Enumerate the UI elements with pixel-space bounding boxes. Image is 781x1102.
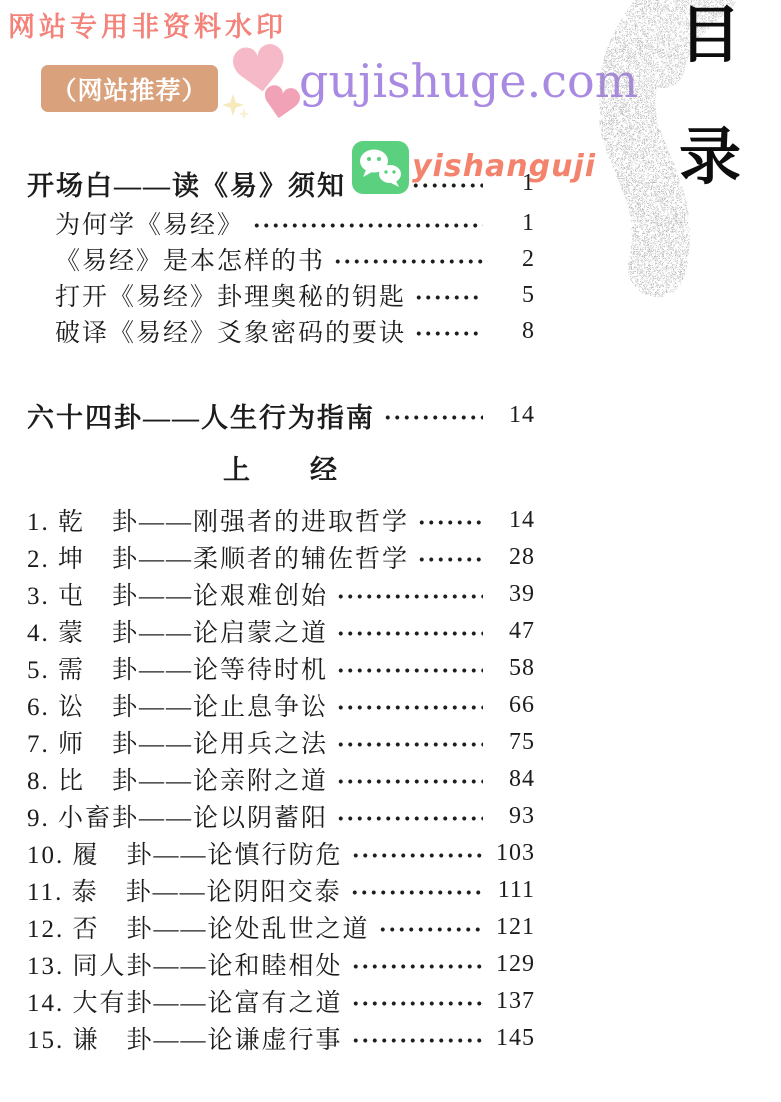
toc-row: 6. 讼 卦——论止息争讼 66 — [27, 690, 535, 720]
dot-leader — [336, 667, 483, 674]
dot-leader — [351, 963, 483, 970]
sparkle-icon — [222, 94, 250, 120]
dot-leader — [417, 556, 483, 563]
dot-leader — [336, 815, 483, 822]
page-number: 84 — [491, 766, 535, 793]
toc-row-label: 8. 比 卦——论亲附之道 — [27, 761, 328, 797]
toc-row-label: 破译《易经》爻象密码的要诀 — [55, 313, 406, 349]
wechat-icon — [352, 141, 409, 194]
toc-row-label: 4. 蒙 卦——论启蒙之道 — [27, 613, 328, 649]
dot-leader — [414, 330, 483, 337]
toc-row-label: 13. 同人卦——论和睦相处 — [27, 946, 343, 982]
toc-heading-label: 开场白——读《易》须知 — [27, 164, 346, 203]
dot-leader — [333, 258, 483, 265]
toc-row-label: 打开《易经》卦理奥秘的钥匙 — [55, 277, 406, 313]
section-title-upper-canon: 上 经 — [27, 455, 535, 485]
title-char-mu: 目 — [679, 4, 741, 66]
page-number: 5 — [491, 282, 535, 309]
toc-row: 10. 履 卦——论慎行防危 103 — [27, 838, 535, 868]
dot-leader — [350, 889, 483, 896]
toc-row: 7. 师 卦——论用兵之法 75 — [27, 727, 535, 757]
toc-row: 12. 否 卦——论处乱世之道 121 — [27, 912, 535, 942]
toc-heading-label: 六十四卦——人生行为指南 — [27, 396, 375, 435]
toc-row-label: 7. 师 卦——论用兵之法 — [27, 724, 328, 760]
page-number: 145 — [491, 1025, 535, 1052]
toc-row: 4. 蒙 卦——论启蒙之道 47 — [27, 616, 535, 646]
toc-intro-items: 为何学《易经》 1 《易经》是本怎样的书 2 打开《易经》卦理奥秘的钥匙 5 破… — [27, 208, 535, 346]
toc-row-label: 14. 大有卦——论富有之道 — [27, 983, 343, 1019]
toc-row: 3. 屯 卦——论艰难创始 39 — [27, 579, 535, 609]
page-number: 129 — [491, 951, 535, 978]
page-number: 137 — [491, 988, 535, 1015]
toc-row-label: 2. 坤 卦——柔顺者的辅佐哲学 — [27, 539, 409, 575]
toc-row-label: 6. 讼 卦——论止息争讼 — [27, 687, 328, 723]
site-recommend-badge: （网站推荐） — [41, 65, 218, 112]
toc-row: 《易经》是本怎样的书 2 — [27, 244, 535, 274]
toc-row-label: 《易经》是本怎样的书 — [55, 241, 325, 277]
page-number: 121 — [491, 914, 535, 941]
dot-leader — [252, 222, 483, 229]
page-title: 目 录 — [677, 4, 743, 188]
toc-row-label: 1. 乾 卦——刚强者的进取哲学 — [27, 502, 409, 538]
toc-row-label: 3. 屯 卦——论艰难创始 — [27, 576, 328, 612]
toc-row: 5. 需 卦——论等待时机 58 — [27, 653, 535, 683]
toc-row-label: 11. 泰 卦——论阴阳交泰 — [27, 872, 342, 908]
dot-leader — [417, 519, 483, 526]
toc-row: 9. 小畜卦——论以阴蓄阳 93 — [27, 801, 535, 831]
page-number: 39 — [491, 581, 535, 608]
page-number: 103 — [491, 840, 535, 867]
table-of-contents: 开场白——读《易》须知 1 为何学《易经》 1 《易经》是本怎样的书 2 打开《… — [27, 168, 535, 1053]
page-number: 14 — [491, 402, 535, 429]
dot-leader — [336, 593, 483, 600]
dot-leader — [383, 414, 483, 421]
toc-row: 1. 乾 卦——刚强者的进取哲学 14 — [27, 505, 535, 535]
dot-leader — [336, 741, 483, 748]
page-number: 111 — [491, 877, 535, 904]
dot-leader — [414, 294, 483, 301]
toc-row: 2. 坤 卦——柔顺者的辅佐哲学 28 — [27, 542, 535, 572]
page-number: 75 — [491, 729, 535, 756]
page-number: 66 — [491, 692, 535, 719]
dot-leader — [351, 1037, 483, 1044]
toc-row-label: 10. 履 卦——论慎行防危 — [27, 835, 343, 871]
watermark-top-text: 网站专用非资料水印 — [8, 5, 287, 44]
toc-row: 打开《易经》卦理奥秘的钥匙 5 — [27, 280, 535, 310]
toc-row-label: 9. 小畜卦——论以阴蓄阳 — [27, 798, 328, 834]
dot-leader — [336, 778, 483, 785]
page-number: 58 — [491, 655, 535, 682]
page-number: 93 — [491, 803, 535, 830]
page-number: 14 — [491, 507, 535, 534]
badge-label: （网站推荐） — [51, 71, 207, 107]
page-number: 2 — [491, 246, 535, 273]
scanned-book-page: 网站专用非资料水印 （网站推荐） gujishuge.com — [0, 0, 781, 1102]
toc-row: 13. 同人卦——论和睦相处 129 — [27, 949, 535, 979]
page-number: 1 — [491, 210, 535, 237]
toc-heading-hexagrams: 六十四卦——人生行为指南 14 — [27, 400, 535, 430]
toc-hexagram-items: 1. 乾 卦——刚强者的进取哲学 14 2. 坤 卦——柔顺者的辅佐哲学 28 … — [27, 505, 535, 1053]
dot-leader — [351, 852, 483, 859]
toc-row: 为何学《易经》 1 — [27, 208, 535, 238]
page-number: 47 — [491, 618, 535, 645]
toc-row: 8. 比 卦——论亲附之道 84 — [27, 764, 535, 794]
toc-row: 14. 大有卦——论富有之道 137 — [27, 986, 535, 1016]
toc-row-label: 5. 需 卦——论等待时机 — [27, 650, 328, 686]
dot-leader — [336, 630, 483, 637]
toc-row-label: 为何学《易经》 — [55, 205, 244, 241]
page-number: 28 — [491, 544, 535, 571]
toc-row: 11. 泰 卦——论阴阳交泰 111 — [27, 875, 535, 905]
page-number: 8 — [491, 318, 535, 345]
watermark-wechat-text: yishanguji — [412, 149, 596, 185]
dot-leader — [351, 1000, 483, 1007]
toc-row: 15. 谦 卦——论谦虚行事 145 — [27, 1023, 535, 1053]
toc-row: 破译《易经》爻象密码的要诀 8 — [27, 316, 535, 346]
title-char-lu: 录 — [679, 126, 741, 188]
toc-row-label: 15. 谦 卦——论谦虚行事 — [27, 1020, 343, 1056]
dot-leader — [336, 704, 483, 711]
dot-leader — [378, 926, 483, 933]
toc-row-label: 12. 否 卦——论处乱世之道 — [27, 909, 370, 945]
